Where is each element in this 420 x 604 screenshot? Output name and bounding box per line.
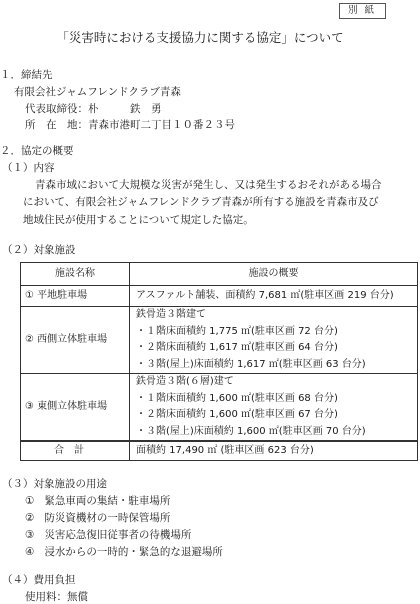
representative-label: 代表取締役： xyxy=(25,103,88,115)
uses-heading: （３）対象施設の用途 xyxy=(2,477,107,491)
use-item-text: 浸水からの一時的・緊急的な退避場所 xyxy=(44,546,223,558)
address-row: 所 在 地：青森市港町二丁目１０番２３号 xyxy=(25,118,235,132)
address-label: 所 在 地： xyxy=(25,119,88,131)
table-total-row: 合計 面積約 17,490 ㎡ (駐車区画 623 台分) xyxy=(21,441,418,461)
total-value: 面積約 17,490 ㎡ (駐車区画 623 台分) xyxy=(130,441,418,461)
cost-heading: （４）費用負担 xyxy=(2,573,76,587)
representative-name: 朴 鉄 勇 xyxy=(88,103,162,115)
overview-line: ・１階床面積約 1,775 ㎡(駐車区画 72 台分) xyxy=(136,324,411,341)
use-item-number: ② xyxy=(25,512,34,524)
fee-label: 使用料： xyxy=(25,591,67,603)
overview-line: ・２階床面積約 1,600 ㎡(駐車区画 67 台分) xyxy=(136,407,411,424)
total-label: 合計 xyxy=(21,441,130,461)
address-value: 青森市港町二丁目１０番２３号 xyxy=(88,119,235,131)
table-row: ② 西側立体駐車場 鉄骨造３階建て ・１階床面積約 1,775 ㎡(駐車区画 7… xyxy=(21,307,418,374)
use-item-text: 緊急車両の集結・駐車場所 xyxy=(44,495,170,507)
content-line-2: において、有限会社ジャムフレンドクラブ青森が所有する施設を青森市及び xyxy=(23,195,379,209)
content-line-3: 地域住民が使用することについて規定した協定。 xyxy=(23,213,254,227)
fee-row: 使用料：無償 xyxy=(25,590,88,604)
facility-overview: 鉄骨造３階(６層)建て ・１階床面積約 1,600 ㎡(駐車区画 68 台分) … xyxy=(130,374,418,442)
use-item-number: ④ xyxy=(25,546,34,558)
section2-heading: ２．協定の概要 xyxy=(0,144,74,158)
use-item: ④ 浸水からの一時的・緊急的な退避場所 xyxy=(25,545,223,559)
use-item: ③ 災害応急復旧従事者の待機場所 xyxy=(25,528,191,542)
document-title: 「災害時における支援協力に関する協定」について xyxy=(0,30,400,46)
representative-row: 代表取締役：朴 鉄 勇 xyxy=(25,102,162,116)
facility-overview: アスファルト舗装、面積約 7,681 ㎡(駐車区画 219 台分) xyxy=(130,286,418,307)
section1-heading: １．締結先 xyxy=(0,68,53,82)
content-heading: （１）内容 xyxy=(2,161,55,175)
facilities-table: 施設名称 施設の概要 ① 平地駐車場 アスファルト舗装、面積約 7,681 ㎡(… xyxy=(20,262,418,461)
overview-line: ・３階(屋上)床面積約 1,600 ㎡(駐車区画 70 台分) xyxy=(136,424,411,441)
attachment-label: 別紙 xyxy=(339,3,386,19)
use-item: ② 防災資機材の一時保管場所 xyxy=(25,511,170,525)
use-item-text: 防災資機材の一時保管場所 xyxy=(44,512,170,524)
facility-name: ① 平地駐車場 xyxy=(21,286,130,307)
overview-line: ・２階床面積約 1,617 ㎡(駐車区画 64 台分) xyxy=(136,340,411,357)
use-item-text: 災害応急復旧従事者の待機場所 xyxy=(44,529,191,541)
col-header-facility-name: 施設名称 xyxy=(21,263,130,286)
table-header-row: 施設名称 施設の概要 xyxy=(21,263,418,286)
overview-line: 鉄骨造３階(６層)建て xyxy=(136,374,411,391)
table-row: ③ 東側立体駐車場 鉄骨造３階(６層)建て ・１階床面積約 1,600 ㎡(駐車… xyxy=(21,374,418,442)
facilities-heading: （２）対象施設 xyxy=(2,243,76,257)
fee-value: 無償 xyxy=(67,591,88,603)
company-name: 有限会社ジャムフレンドクラブ青森 xyxy=(14,85,181,99)
facility-name: ③ 東側立体駐車場 xyxy=(21,374,130,442)
overview-line: ・３階(屋上)床面積約 1,617 ㎡(駐車区画 63 台分) xyxy=(136,357,411,374)
content-line-1: 青森市域において大規模な災害が発生し、又は発生するおそれがある場合 xyxy=(35,178,382,192)
facility-name: ② 西側立体駐車場 xyxy=(21,307,130,374)
use-item-number: ① xyxy=(25,495,34,507)
overview-line: 鉄骨造３階建て xyxy=(136,307,411,324)
table-row: ① 平地駐車場 アスファルト舗装、面積約 7,681 ㎡(駐車区画 219 台分… xyxy=(21,286,418,307)
use-item: ① 緊急車両の集結・駐車場所 xyxy=(25,494,170,508)
facility-overview: 鉄骨造３階建て ・１階床面積約 1,775 ㎡(駐車区画 72 台分) ・２階床… xyxy=(130,307,418,374)
overview-line: ・１階床面積約 1,600 ㎡(駐車区画 68 台分) xyxy=(136,391,411,408)
col-header-facility-overview: 施設の概要 xyxy=(130,263,418,286)
overview-line: アスファルト舗装、面積約 7,681 ㎡(駐車区画 219 台分) xyxy=(136,288,411,305)
use-item-number: ③ xyxy=(25,529,34,541)
